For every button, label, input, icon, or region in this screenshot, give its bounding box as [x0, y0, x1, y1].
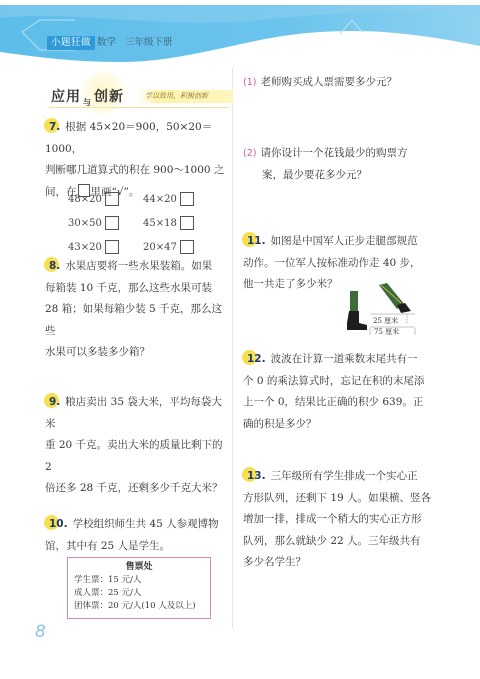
- check-box[interactable]: [105, 216, 119, 230]
- calc-row: 48×20 44×20: [68, 187, 218, 211]
- question-text: 重 20 千克。卖出大米的质量比剩下的 2: [45, 435, 230, 478]
- series-tag: 小题狂做: [47, 36, 95, 50]
- marching-boots-figure: 25 厘米 75 厘米: [345, 283, 420, 335]
- height-label: 25 厘米: [373, 316, 398, 325]
- question-text: 水果可以多装多少箱？: [45, 342, 230, 364]
- question-text: 多少名学生？: [243, 552, 443, 574]
- section-title-part1: 应用: [51, 89, 81, 105]
- section-heading: 应用与创新 学以致用，积极创新: [45, 80, 230, 110]
- boots-illustration: 25 厘米 75 厘米: [345, 283, 420, 335]
- expression: 30×50: [68, 218, 102, 229]
- question-text: 水果店要将一些水果装箱。如果: [65, 260, 212, 272]
- question-text: 三年级所有学生排成一个实心正: [271, 470, 418, 482]
- calc-item: 30×50: [68, 216, 143, 230]
- check-box[interactable]: [105, 240, 119, 254]
- calc-item: 45×18: [143, 216, 218, 230]
- question-10-part-1: (1)老师购买成人票需要多少元？: [243, 72, 443, 94]
- grade-label: 三年级下册: [125, 36, 173, 50]
- question-10: 10.学校组织师生共 45 人参观博物 馆，其中有 25 人是学生。: [45, 514, 230, 557]
- question-text: 馆，其中有 25 人是学生。: [45, 536, 230, 558]
- ticket-office-box: 售票处 学生票：15 元/人 成人票：25 元/人 团体票：20 元/人(10 …: [67, 557, 211, 619]
- check-box[interactable]: [180, 240, 194, 254]
- question-text: 上一个 0，结果比正确的积少 639。正: [243, 392, 443, 414]
- question-text: 28 箱；如果每箱少装 5 千克，那么这些: [45, 299, 230, 342]
- question-number-badge: 11.: [243, 231, 269, 253]
- expression: 45×18: [143, 218, 177, 229]
- question-text: 方形队列，还剩下 19 人。如果横、竖各: [243, 488, 443, 510]
- question-text: 队列，那么就缺少 22 人。三年级共有: [243, 531, 443, 553]
- question-text: 确的积是多少？: [243, 414, 443, 436]
- question-text: 根据 45×20＝900，50×20＝1000，: [45, 121, 212, 155]
- question-number-badge: 9.: [45, 392, 63, 414]
- question-13: 13.三年级所有学生排成一个实心正 方形队列，还剩下 19 人。如果横、竖各 增…: [243, 466, 443, 574]
- calc-item: 44×20: [143, 192, 218, 206]
- sub-question-number: (2): [243, 148, 256, 159]
- question-8: 8.水果店要将一些水果装箱。如果 每箱装 10 千克，那么这些水果可装 28 箱…: [45, 256, 230, 364]
- page-number: 8: [35, 622, 46, 642]
- section-underline: [49, 107, 229, 108]
- question-10-part-2: (2)请你设计一个花钱最少的购票方 案，最少要花多少元？: [243, 143, 443, 186]
- question-text: 学校组织师生共 45 人参观博物: [73, 518, 219, 530]
- question-text: 案，最少要花多少元？: [243, 165, 443, 187]
- question-number-badge: 13.: [243, 466, 269, 488]
- section-title: 应用与创新: [51, 86, 124, 106]
- check-box[interactable]: [180, 192, 194, 206]
- expression: 43×20: [68, 242, 102, 253]
- question-text: 个 0 的乘法算式时，忘记在积的末尾添: [243, 371, 443, 393]
- question-text: 如图是中国军人正步走腿部规范: [271, 235, 418, 247]
- expression: 48×20: [68, 194, 102, 205]
- ticket-box-title: 售票处: [74, 561, 204, 574]
- section-slogan: 学以致用，积极创新: [145, 90, 208, 103]
- calc-item: 48×20: [68, 192, 143, 206]
- ticket-price-group: 团体票：20 元/人(10 人及以上): [74, 600, 204, 613]
- sub-question-number: (1): [243, 77, 256, 88]
- question-text: 增加一排，排成一个稍大的实心正方形: [243, 509, 443, 531]
- ticket-price-adult: 成人票：25 元/人: [74, 587, 204, 600]
- question-number-badge: 7.: [45, 117, 63, 139]
- header-banner: 小题狂做 数学 三年级下册: [0, 0, 480, 70]
- wave-banner-graphic: [0, 0, 480, 70]
- column-divider: [232, 68, 233, 628]
- question-text: 判断哪几道算式的积在 900～1000 之: [45, 160, 230, 182]
- subject-label: 数学: [97, 36, 116, 50]
- width-label: 75 厘米: [374, 327, 399, 335]
- question-12: 12.波波在计算一道乘数末尾共有一 个 0 的乘法算式时，忘记在积的末尾添 上一…: [243, 349, 443, 435]
- question-text: 倍还多 28 千克，还剩多少千克大米？: [45, 478, 230, 500]
- check-box[interactable]: [180, 216, 194, 230]
- question-text: 动作。一位军人按标准动作走 40 步，: [243, 253, 443, 275]
- calc-item: 43×20: [68, 240, 143, 254]
- question-text: 粮店卖出 35 袋大米，平均每袋大米: [45, 396, 222, 430]
- calc-row: 30×50 45×18: [68, 211, 218, 235]
- question-text: 每箱装 10 千克，那么这些水果可装: [45, 278, 230, 300]
- question-text: 波波在计算一道乘数末尾共有一: [271, 353, 418, 365]
- check-box[interactable]: [105, 192, 119, 206]
- question-text: 老师购买成人票需要多少元？: [260, 76, 397, 88]
- question-text: 请你设计一个花钱最少的购票方: [260, 147, 407, 159]
- calc-item: 20×47: [143, 240, 218, 254]
- ticket-price-student: 学生票：15 元/人: [74, 574, 204, 587]
- section-title-connector: 与: [83, 97, 92, 107]
- section-title-part2: 创新: [94, 89, 124, 105]
- expression: 20×47: [143, 242, 177, 253]
- question-number-badge: 8.: [45, 256, 63, 278]
- question-number-badge: 12.: [243, 349, 269, 371]
- calculation-grid: 48×20 44×20 30×50 45×18 43×20 20×47: [68, 187, 218, 259]
- question-9: 9.粮店卖出 35 袋大米，平均每袋大米 重 20 千克。卖出大米的质量比剩下的…: [45, 392, 230, 500]
- expression: 44×20: [143, 194, 177, 205]
- question-number-badge: 10.: [45, 514, 71, 536]
